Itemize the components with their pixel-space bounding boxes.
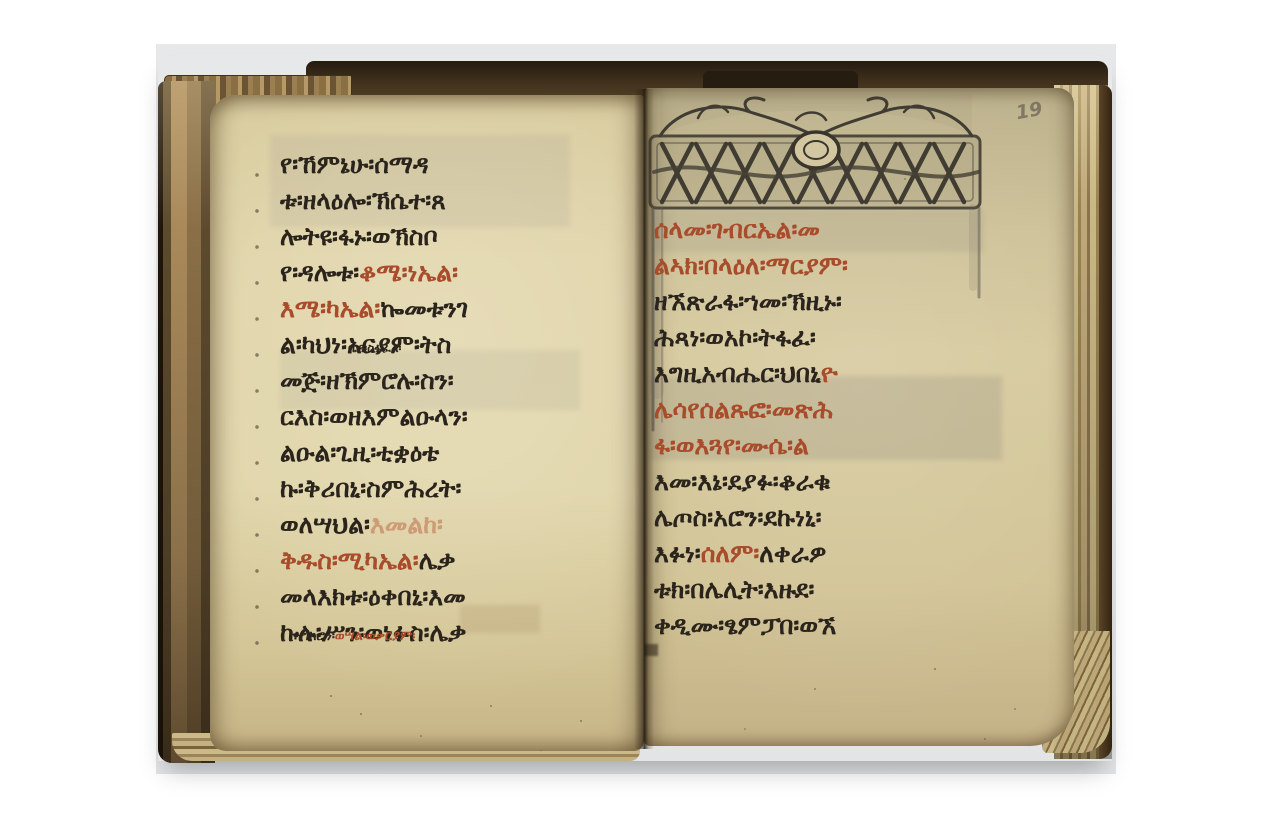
text-segment: ልዑል፡ጊዚ፡ቲቋዕቴ xyxy=(280,438,439,467)
right-page: 19 ሰላመ፡ገብርኤል፡መልኣክ፡በላዕለ፡ማርያም፡ዘኧጽራፋ፡ኀመ፡ኽዚኑ… xyxy=(644,88,1074,746)
text-line: ሌሳየሰልጹፎ፡መጽሕ xyxy=(654,392,1032,428)
text-line: ወለሣህል፡እመልከ፡ xyxy=(280,507,634,543)
speckle xyxy=(894,148,896,150)
text-segment: ቀዲሙ፡ፄምፓበ፡ወኧ xyxy=(654,611,836,640)
text-segment: ኩ፡ቅሪበኒ፡ስምሕረት፡ xyxy=(280,474,461,503)
manuscript-photo: የ፡ኸምኔሁ፡ሰማዳቱ፡ዘላዕሎ፡ኽሴተ፡ጸሎትዩ፡ፋኑ፡ወኽስቦየ፡ዳሎቱ፡ቆ… xyxy=(0,0,1273,823)
text-line: ሌጦስ፡አሮን፡ደኩነኒ፡ xyxy=(654,500,1032,536)
text-line: የ፡ዳሎቱ፡ቆሜ፡ነኤል፡ xyxy=(280,255,634,291)
text-segment: ሌጦስ፡አሮን፡ደኩነኒ፡ xyxy=(654,503,821,532)
text-line: ቅዱስ፡ሚካኤል፡ሌቃ xyxy=(280,543,634,579)
text-line: ሕጻነ፡ወአኮ፡ትፋፈ፡ xyxy=(654,320,1032,356)
speckle xyxy=(330,695,332,697)
text-segment: እመ፡እኔ፡ደያፉ፡ቆራቁ xyxy=(654,467,831,496)
text-line: እፉነ፡ሰለም፡ለቀራዎ xyxy=(654,536,1032,572)
footer-addition: እግከሮን፡ወሣል፡ወቃርያም፡ xyxy=(294,629,415,644)
text-segment: ቱክ፡በሌሊት፡እዙደ፡ xyxy=(654,575,814,604)
text-segment: ቱ፡ዘላዕሎ፡ኽሴተ፡ጸ xyxy=(280,186,446,215)
text-segment: ርእስ፡ወዘእምልዑላን፡ xyxy=(280,402,468,431)
text-segment: ወለሣህል፡ xyxy=(280,510,370,539)
text-segment: ዘኧጽራፋ፡ኀመ፡ኽዚኑ፡ xyxy=(654,287,842,316)
interlinear-note: ቤዳ፡ስፋፈል፡ xyxy=(348,341,401,356)
text-line: ቀዲሙ፡ፄምፓበ፡ወኧ xyxy=(654,608,1032,644)
pricking-marks xyxy=(254,169,262,645)
text-segment: ወሣል፡ወቃርያም፡ xyxy=(335,629,415,644)
text-line: መጅ፡ዘኽምሮሉ፡ስን፡ xyxy=(280,363,634,399)
right-page-text: ሰላመ፡ገብርኤል፡መልኣክ፡በላዕለ፡ማርያም፡ዘኧጽራፋ፡ኀመ፡ኽዚኑ፡ሕጻ… xyxy=(654,212,1032,644)
text-segment: ኰመቱንገ xyxy=(380,294,468,323)
text-segment: ሌሳየሰልጹፎ፡መጽሕ xyxy=(654,395,833,424)
text-line: የ፡ኸምኔሁ፡ሰማዳ xyxy=(280,147,634,183)
text-segment: ለቀራዎ xyxy=(759,539,826,568)
text-line: እሜ፡ካኤል፡ኰመቱንገ xyxy=(280,291,634,327)
text-segment: እግከሮን፡ xyxy=(294,629,335,644)
gutter-shadow xyxy=(634,89,654,749)
text-segment: እፉነ፡ xyxy=(654,539,701,568)
text-line: ኩ፡ቅሪበኒ፡ስምሕረት፡ xyxy=(280,471,634,507)
text-segment: ልኣክ፡በላዕለ፡ማርያም፡ xyxy=(654,251,848,280)
text-segment: ሰለም፡ xyxy=(701,539,760,568)
text-segment: ዮ xyxy=(821,359,838,388)
left-page-text: የ፡ኸምኔሁ፡ሰማዳቱ፡ዘላዕሎ፡ኽሴተ፡ጸሎትዩ፡ፋኑ፡ወኽስቦየ፡ዳሎቱ፡ቆ… xyxy=(280,147,634,651)
text-line: ሎትዩ፡ፋኑ፡ወኽስቦ xyxy=(280,219,634,255)
text-segment: እግዚአብሔር፡ህበኒ xyxy=(654,359,821,388)
text-line: እግዚአብሔር፡ህበኒዮ xyxy=(654,356,1032,392)
text-line: ርእስ፡ወዘእምልዑላን፡ xyxy=(280,399,634,435)
text-line: ሰላመ፡ገብርኤል፡መ xyxy=(654,212,1032,248)
text-segment: ሌቃ xyxy=(419,546,456,575)
text-segment: የ፡ዳሎቱ፡ xyxy=(280,258,359,287)
text-segment: መጅ፡ዘኽምሮሉ፡ስን፡ xyxy=(280,366,454,395)
text-segment: የ፡ኸምኔሁ፡ሰማዳ xyxy=(280,150,429,179)
text-line: ልኣክ፡በላዕለ፡ማርያም፡ xyxy=(654,248,1032,284)
left-cover-board xyxy=(158,81,215,763)
text-segment: ሎትዩ፡ፋኑ፡ወኽስቦ xyxy=(280,222,438,251)
text-segment: መላእክቱ፡ዕቀበኒ፡እመ xyxy=(280,582,466,611)
text-line: ቱክ፡በሌሊት፡እዙደ፡ xyxy=(654,572,1032,608)
text-segment: ሰላመ፡ገብርኤል፡መ xyxy=(654,215,820,244)
open-codex: የ፡ኸምኔሁ፡ሰማዳቱ፡ዘላዕሎ፡ኽሴተ፡ጸሎትዩ፡ፋኑ፡ወኽስቦየ፡ዳሎቱ፡ቆ… xyxy=(158,55,1112,761)
page-number: 19 xyxy=(1014,98,1044,124)
text-line: ልዑል፡ጊዚ፡ቲቋዕቴ xyxy=(280,435,634,471)
text-line: እመ፡እኔ፡ደያፉ፡ቆራቁ xyxy=(654,464,1032,500)
text-line: ቱ፡ዘላዕሎ፡ኽሴተ፡ጸ xyxy=(280,183,634,219)
text-line: ል፡ካህነ፡አርያም፡ትስ xyxy=(280,327,634,363)
text-segment: ፋ፡ወእጓየ፡ሙሴ፡ል xyxy=(654,431,809,460)
text-segment: ቅዱስ፡ሚካኤል፡ xyxy=(280,546,419,575)
left-page: የ፡ኸምኔሁ፡ሰማዳቱ፡ዘላዕሎ፡ኽሴተ፡ጸሎትዩ፡ፋኑ፡ወኽስቦየ፡ዳሎቱ፡ቆ… xyxy=(210,95,644,751)
text-segment: እመልከ፡ xyxy=(370,510,443,539)
text-segment: ቆሜ፡ነኤል፡ xyxy=(359,258,458,287)
text-segment: እሜ፡ካኤል፡ xyxy=(280,294,380,323)
text-line: ፋ፡ወእጓየ፡ሙሴ፡ል xyxy=(654,428,1032,464)
text-line: ዘኧጽራፋ፡ኀመ፡ኽዚኑ፡ xyxy=(654,284,1032,320)
text-segment: ሕጻነ፡ወአኮ፡ትፋፈ፡ xyxy=(654,323,816,352)
text-line: መላእክቱ፡ዕቀበኒ፡እመ xyxy=(280,579,634,615)
